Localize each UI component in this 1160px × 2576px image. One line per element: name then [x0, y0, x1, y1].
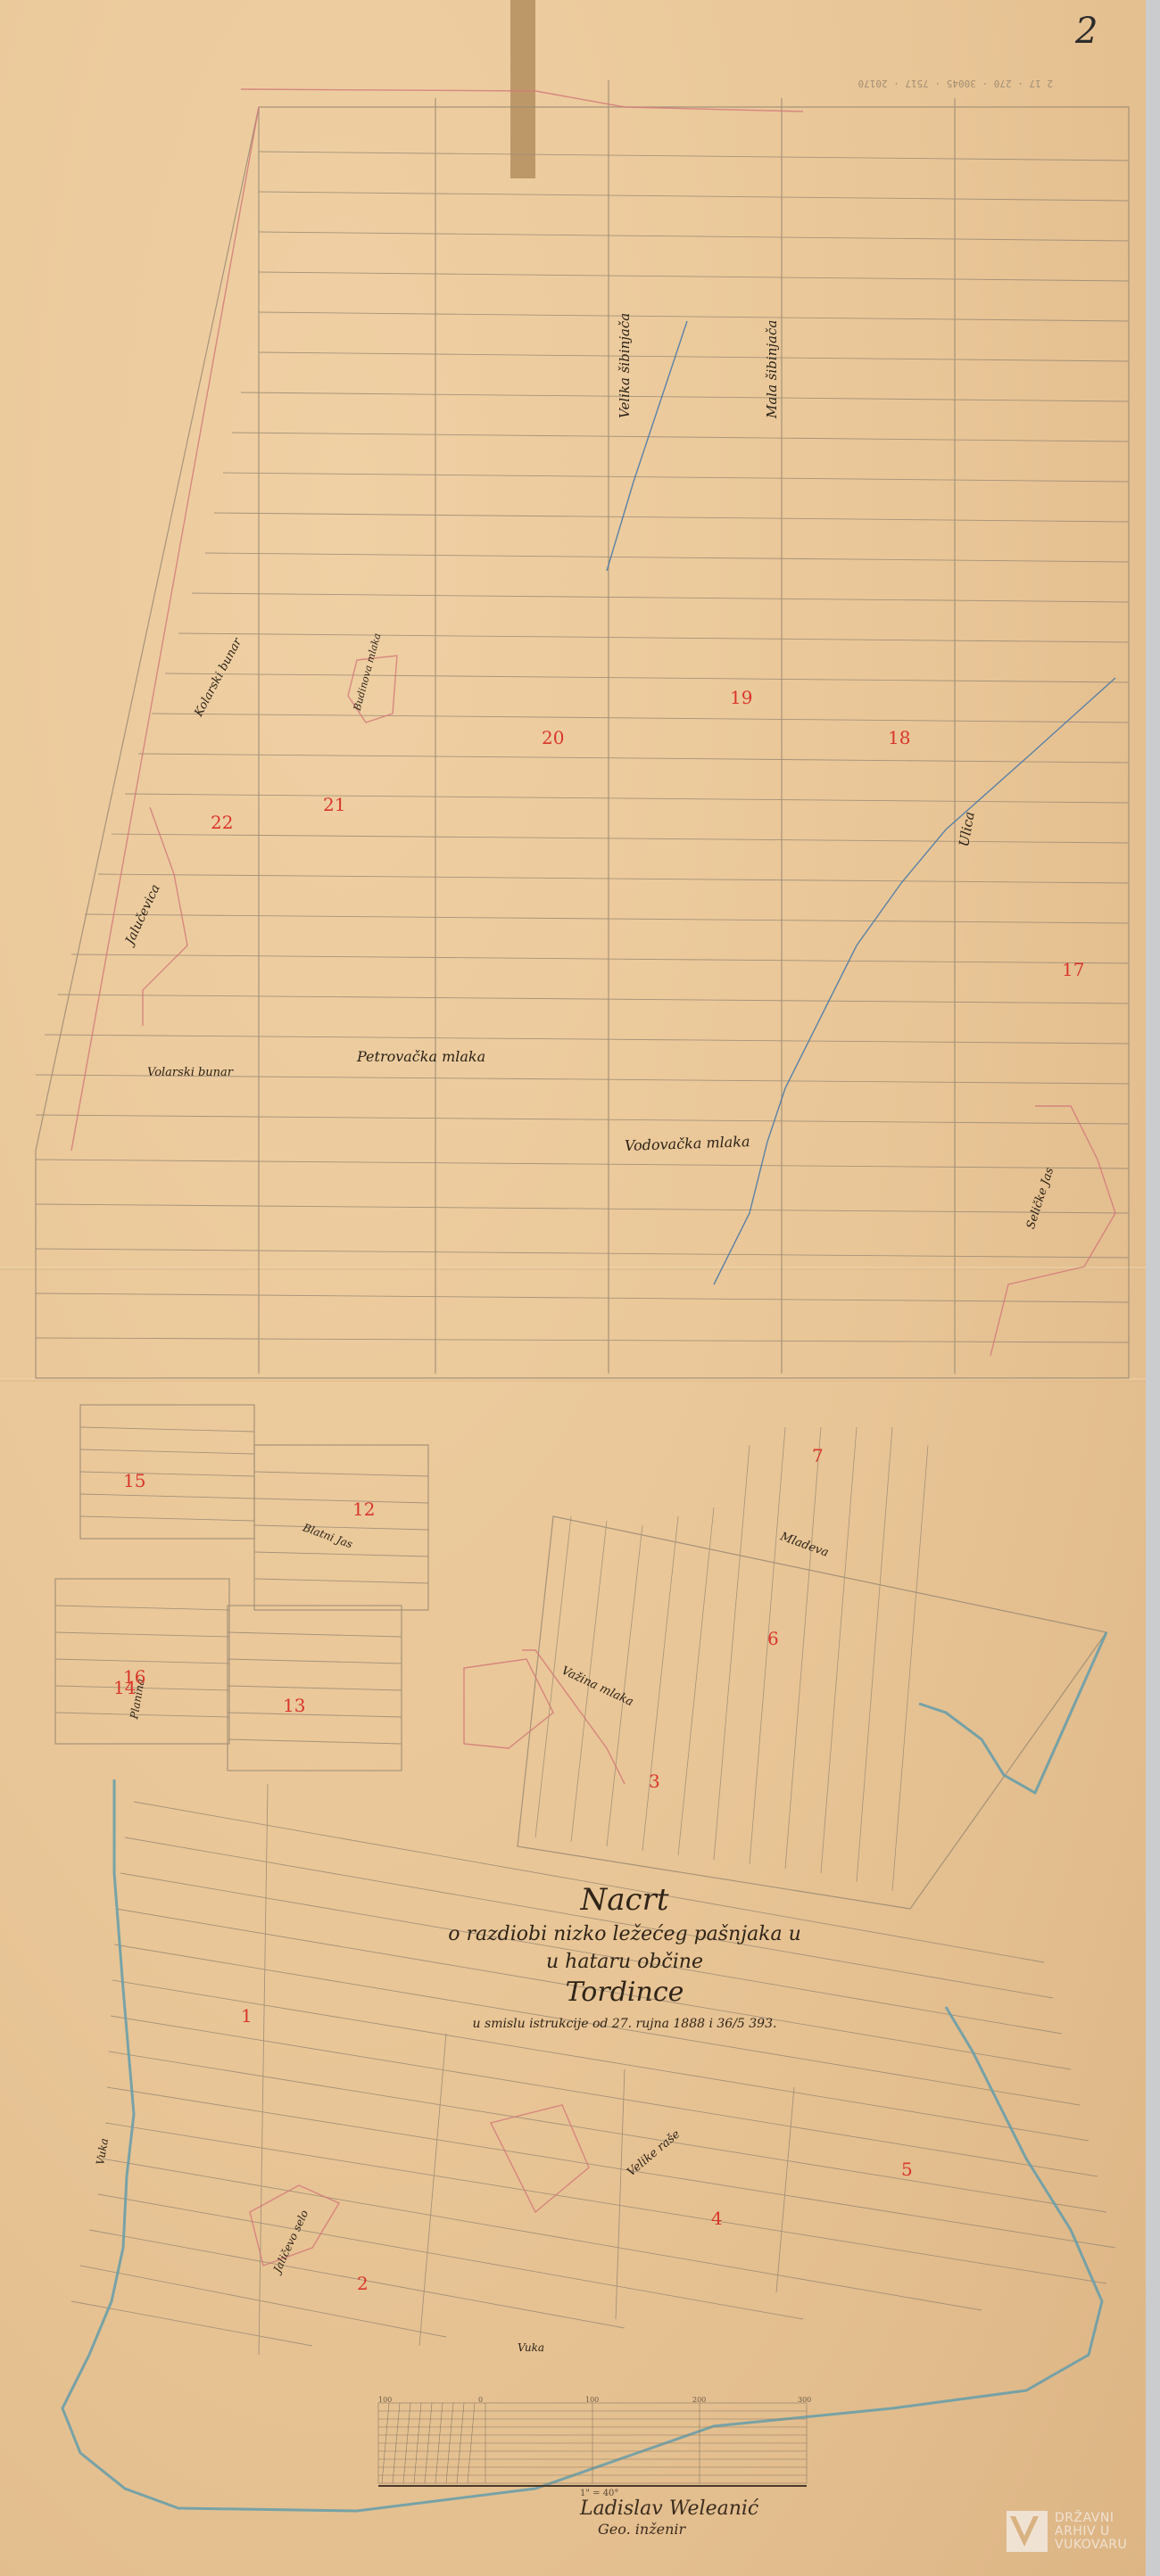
title-subtitle: o razdiobi nizko ležećeg pašnjaka u: [375, 1923, 874, 1945]
place-label-petrovacka-mlaka: Petrovačka mlaka: [357, 1048, 485, 1065]
place-label-volarski-bunar: Volarski bunar: [147, 1066, 233, 1079]
section-number: 2: [357, 2273, 369, 2294]
signature: Ladislav Weleanić: [580, 2498, 758, 2520]
title-location-line: u hataru občine: [375, 1951, 874, 1973]
title-block: Nacrt o razdiobi nizko ležećeg pašnjaka …: [375, 1873, 874, 2031]
section-number: 17: [1062, 959, 1084, 980]
section-number: 3: [649, 1771, 660, 1792]
section-number: 21: [323, 794, 345, 815]
section-number: 15: [123, 1470, 145, 1491]
watermark-line: VUKOVARU: [1055, 2539, 1127, 2552]
page-number: 2: [1075, 11, 1098, 52]
section-number: 5: [901, 2159, 913, 2180]
archive-watermark: DRŽAVNI ARHIV U VUKOVARU: [1007, 2511, 1127, 2552]
section-number: 22: [211, 812, 233, 833]
title-municipality: Tordince: [375, 1977, 874, 2008]
watermark-line: DRŽAVNI: [1055, 2512, 1127, 2525]
watermark-line: ARHIV U: [1055, 2525, 1127, 2539]
archive-logo-icon: [1007, 2511, 1048, 2552]
signature-title: Geo. inženir: [598, 2521, 685, 2538]
section-number: 4: [711, 2208, 723, 2229]
place-label-velika-sibinjacka: Velika šibinjača: [617, 313, 633, 418]
section-number: 1: [241, 2005, 253, 2027]
section-number: 20: [542, 727, 564, 748]
cadastral-lines: [0, 0, 1146, 2576]
section-number: 18: [888, 727, 910, 748]
title-instruction: u smislu istrukcije od 27. rujna 1888 i …: [375, 2017, 874, 2031]
section-number: 12: [352, 1499, 375, 1520]
section-number: 19: [730, 687, 752, 708]
place-label-mala-sibinjacka: Mala šibinjača: [764, 320, 780, 418]
place-label-vuka-bottom: Vuka: [518, 2341, 544, 2354]
section-number: 14: [113, 1677, 136, 1698]
section-number: 7: [812, 1445, 824, 1466]
scan-edge: [1146, 0, 1160, 2576]
title-heading: Nacrt: [375, 1882, 874, 1918]
scale-bar: [378, 2403, 807, 2487]
pencil-notes: 2 17 · 270 · 30045 · 7517 · 20170: [678, 36, 1053, 89]
section-number: 6: [767, 1628, 779, 1649]
section-number: 13: [283, 1695, 305, 1716]
